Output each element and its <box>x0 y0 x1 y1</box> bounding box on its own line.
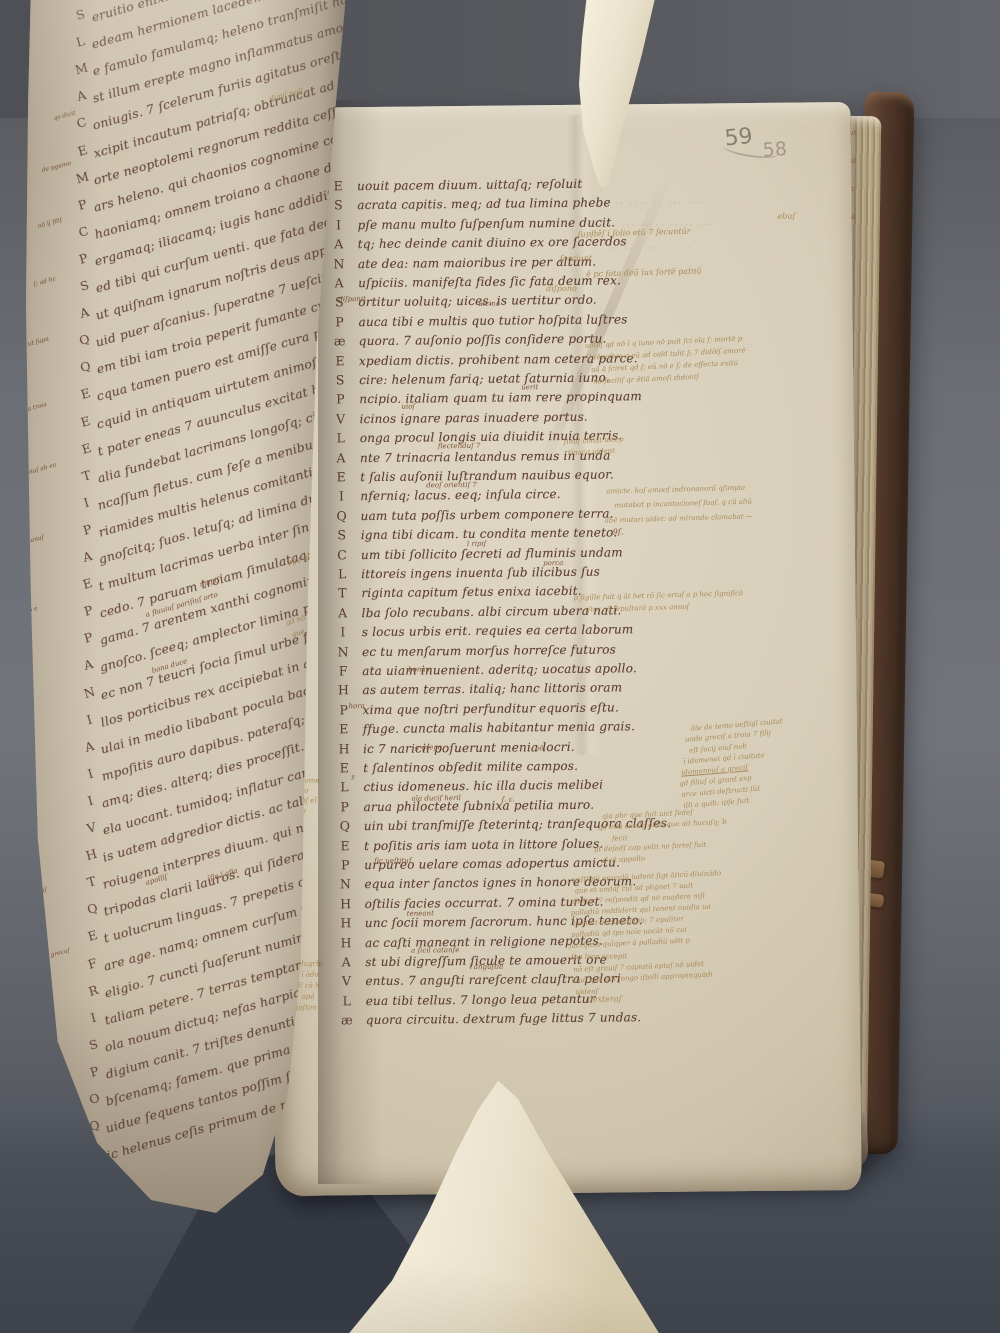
gloss-annotation: E cā h <box>297 983 319 990</box>
gloss-annotation: a ſicil catanſe <box>411 947 459 955</box>
gloss-annotation: abē mutari uidet: ad mirando clamabat — <box>605 513 753 524</box>
gloss-annotation: uerit <box>521 384 538 391</box>
gloss-annotation: īpſtim <box>296 1005 317 1012</box>
gloss-annotation: uicina <box>478 301 500 308</box>
gloss-annotation: amicte. koſ amooſ indronanorū qſimpia <box>606 485 745 496</box>
gloss-annotation: iſtor cō ſepulturā p xxx annoſ <box>585 604 689 614</box>
gloss-annotation: ebuſ <box>777 213 795 221</box>
gloss-annotation: ſinuſ cōnat uīcep <box>564 436 624 446</box>
verse-line: pſe manu multo ſuſpenſum numine ducit. <box>357 216 615 231</box>
verse-line: ec tu menſarum morſus horreſce futuros <box>362 643 616 658</box>
gloss-annotation: ē pc fata deū iux ſortē patnū <box>586 268 702 279</box>
gloss-annotation: a grego <box>415 744 442 751</box>
verse-line: ittoreis ingens inuenta ſub ilicibus ſus <box>361 566 600 580</box>
gloss-annotation: uſ pt appollo <box>600 856 645 865</box>
verse-line: t ſalis auſonii luſtrandum nauibus equor… <box>360 468 614 483</box>
verse-line: ffuge. cuncta malis habitantur menia gra… <box>363 720 635 735</box>
gloss-annotation: mutabat p incantacioneſ ſuaſ. q cū aliū <box>614 499 752 510</box>
verse-line: eua tibi tellus. 7 longo leua petantur <box>366 992 596 1006</box>
verse-line: quora circuitu. dextrum fuge littus 7 un… <box>366 1011 642 1026</box>
gloss-annotation: bonam <box>408 666 432 673</box>
gloss-annotation: ī idomenei qd ī ciuitate <box>683 752 765 766</box>
gloss-annotation: diſpono <box>546 285 577 293</box>
verse-line: ctius idomeneus. hic illa ducis melibei <box>363 779 603 794</box>
gloss-annotation: porca <box>543 560 563 567</box>
verse-line: ac caſti maneant in religione nepotes. <box>365 934 603 948</box>
manuscript-photo: cutūilfrmī4 59 58 · ·· ···· ·· ··· ·····… <box>0 0 1000 1333</box>
verse-line: t poſitis aris iam uota in littore ſolue… <box>364 837 603 852</box>
gloss-annotation: dexteraſ <box>588 995 622 1003</box>
verse-line: t ſalentinos obſedit milite campos. <box>363 760 578 774</box>
gloss-annotation: ut deſedſ cap uelit ne forteſ fuit <box>594 842 706 854</box>
gloss-annotation: ueſtigiū oraculū iudent ſigt āticū diuin… <box>572 870 721 884</box>
gloss-annotation: ſorteſ <box>21 818 39 828</box>
gloss-annotation: aīa duciſ heril <box>412 795 461 803</box>
gloss-annotation: ſupſtēſ i ſolio etū 7 ſecuntūr <box>578 228 691 239</box>
gloss-annotation: flectenduſ 7 <box>438 443 481 450</box>
verse-line: uam tuta poſſis urbem componere terra. <box>361 507 614 522</box>
verse-line: uouit pacem diuum. uittaſq; reſoluit <box>357 178 582 192</box>
gloss-annotation: pō. <box>535 745 546 752</box>
gloss-annotation: 9ſ. <box>613 528 624 536</box>
gloss-annotation: fecit <box>612 835 628 842</box>
verse-line: auca tibi e multis quo tutior hoſpita lu… <box>359 313 628 328</box>
gloss-annotation: uioſ <box>401 404 415 411</box>
gloss-annotation: illi a quib; ipſe fuit <box>683 797 749 809</box>
gloss-annotation: ī ripiſ <box>467 541 486 548</box>
verse-line: ata uiam inuenient. aderitq; uocatus apo… <box>362 662 637 677</box>
verse-line: igna tibi dicam. tu condita mente teneto… <box>361 527 618 542</box>
gloss-annotation: ī ādo <box>301 972 318 979</box>
verse-line: oſtilis facies occurrat. 7 omina turbet. <box>365 895 604 910</box>
verse-line: acrata capitis. meq; ad tua limina phebe <box>357 197 611 212</box>
verse-line: quora. 7 auſonio poſſis conſidere portu. <box>359 333 607 348</box>
verse-line: xima que noſtri perfunditur equoris eſtu… <box>363 701 619 716</box>
gloss-annotation: ſorciunt <box>560 255 592 263</box>
verse-line: arua philoctete ſubnixa petilia muro. <box>364 798 595 812</box>
verse-line: uſpiciis. manifeſta fides ſic fata deum … <box>358 274 621 289</box>
verse-line: as autem terras. italiq; hanc littoris o… <box>362 682 622 697</box>
verse-line: um tibi ſollicito ſecreti ad fluminis un… <box>361 546 623 561</box>
gloss-annotation: · ·· ···· ·· ··· ···· <box>605 199 707 209</box>
verse-line: s locus urbis erit. requies ea certa lab… <box>362 623 634 638</box>
verse-line: nferniq; lacus. eeq; inſula circe. <box>360 488 560 502</box>
gloss-annotation: deoſ orientiſ 7 <box>426 482 477 490</box>
gloss-annotation: ar iā <box>13 678 28 688</box>
gutter-shadow <box>318 100 382 1184</box>
gloss-annotation: p ſigille fuit q āt het rō ſic oriuſ a p… <box>573 590 743 602</box>
gloss-annotation: opā <box>302 994 315 1001</box>
gloss-annotation: teneant <box>407 910 434 917</box>
verse-line: riginta capitum fetus enixa iacebit. <box>361 585 582 599</box>
verse-line: lba ſolo recubans. albi circum ubera nat… <box>362 604 622 619</box>
verse-line: icinos ignare paras inuadere portus. <box>360 411 588 425</box>
gloss-annotation: patria <box>17 747 36 758</box>
gloss-annotation: ſ. c. <box>502 797 515 804</box>
verse-line: cire: helenum fariq; uetat ſaturnia iuno… <box>359 371 610 386</box>
gloss-annotation: ſua loco accepit <box>571 953 627 961</box>
gloss-annotation: ī anguſtia <box>469 964 503 971</box>
